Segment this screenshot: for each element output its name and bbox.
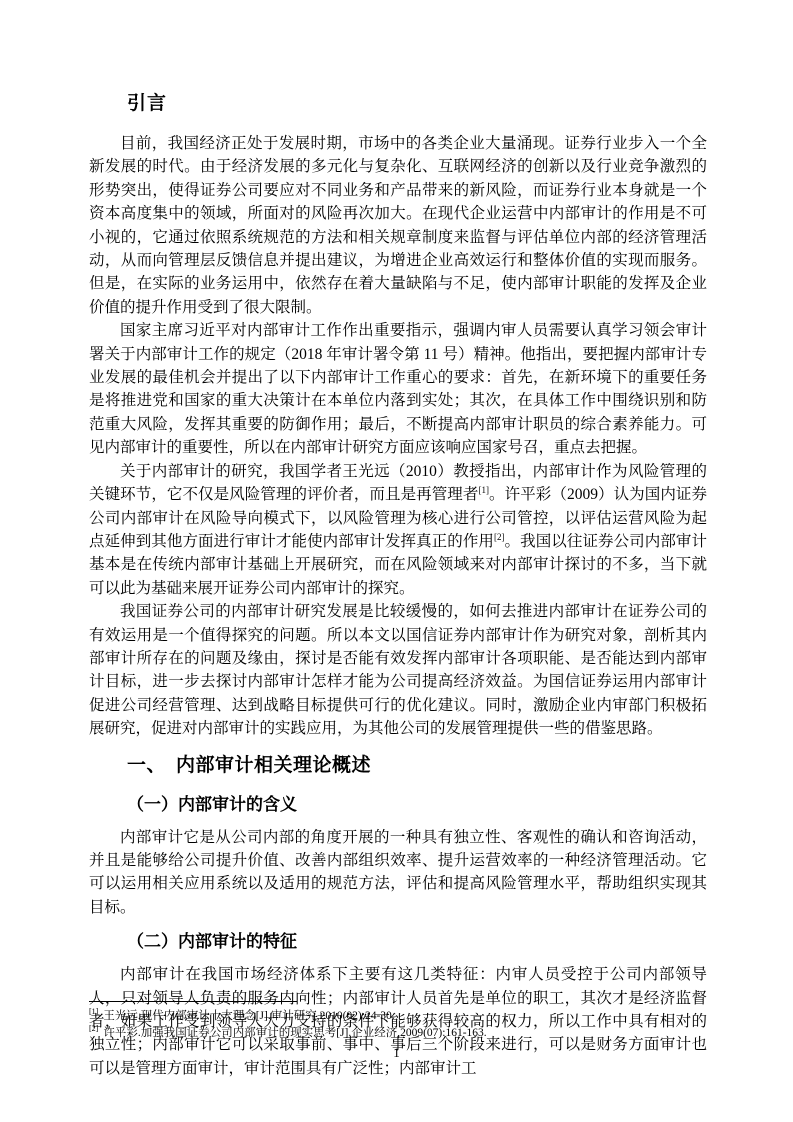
section-1-heading: 一、内部审计相关理论概述: [89, 753, 707, 779]
footnote-2: [2]许平彩.加强我国证券公司内部审计的现实思考[J].企业经济,2009(07…: [89, 1025, 707, 1042]
page-number: 1: [0, 1045, 793, 1061]
intro-paragraph-4: 我国证券公司的内部审计研究发展是比较缓慢的，如何去推进内部审计在证券公司的有效运…: [89, 600, 707, 740]
intro-paragraph-2: 国家主席习近平对内部审计工作作出重要指示，强调内审人员需要认真学习领会审计署关于…: [89, 319, 707, 459]
document-page: 引言 目前，我国经济正处于发展时期，市场中的各类企业大量涌现。证券行业步入一个全…: [0, 0, 793, 1122]
intro-paragraph-3: 关于内部审计的研究，我国学者王光远（2010）教授指出，内部审计作为风险管理的关…: [89, 460, 707, 600]
subsection-1-paragraph: 内部审计它是从公司内部的角度开展的一种具有独立性、客观性的确认和咨询活动，并且是…: [89, 826, 707, 920]
footnote-ref-1: [1]: [478, 485, 489, 495]
document-content: 引言 目前，我国经济正处于发展时期，市场中的各类企业大量涌现。证券行业步入一个全…: [89, 90, 707, 1080]
section-title: 内部审计相关理论概述: [176, 755, 371, 776]
footnote-separator: [89, 1001, 297, 1002]
intro-heading: 引言: [89, 90, 707, 117]
footnotes-area: [1]王光远.现代内部审计十大理念[J].审计研究,2010(02):24-30…: [89, 1001, 707, 1041]
section-number: 一、: [127, 755, 166, 776]
footnote-2-marker: [2]: [89, 1024, 98, 1033]
intro-paragraph-1: 目前，我国经济正处于发展时期，市场中的各类企业大量涌现。证券行业步入一个全新发展…: [89, 132, 707, 319]
footnote-1: [1]王光远.现代内部审计十大理念[J].审计研究,2010(02):24-30…: [89, 1008, 707, 1025]
footnote-2-text: 许平彩.加强我国证券公司内部审计的现实思考[J].企业经济,2009(07):1…: [103, 1027, 486, 1039]
footnote-1-marker: [1]: [89, 1007, 98, 1016]
footnote-1-text: 王光远.现代内部审计十大理念[J].审计研究,2010(02):24-30.: [103, 1010, 394, 1022]
footnote-ref-2: [2]: [494, 532, 505, 542]
subsection-1-heading: （一）内部审计的含义: [89, 793, 707, 817]
subsection-2-heading: （二）内部审计的特征: [89, 930, 707, 954]
